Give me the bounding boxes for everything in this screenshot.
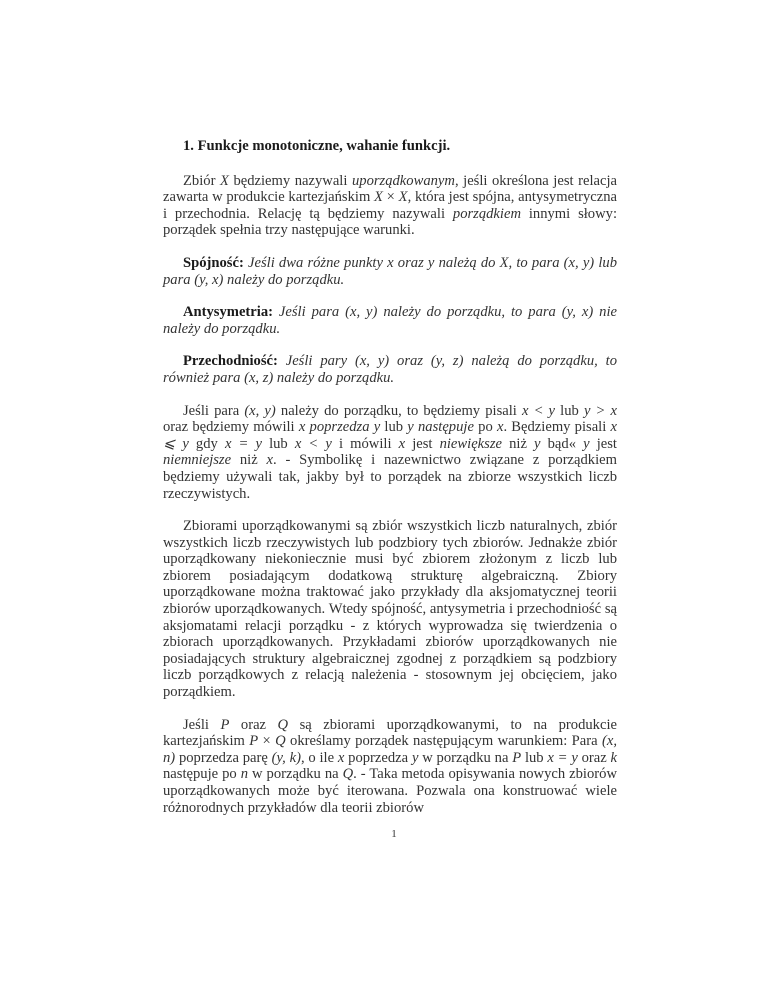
emphasis-term: następuje	[414, 419, 474, 435]
page-number: 1	[389, 828, 399, 840]
text: w porządku na	[248, 766, 343, 782]
text: należy do porządku, to będziemy pisali	[276, 403, 522, 419]
math-expr: (y, k)	[272, 750, 301, 766]
axiom-antysymetria: Antysymetria: Jeśli para (x, y) należy d…	[163, 304, 617, 337]
text: poprzedza	[344, 750, 412, 766]
math-symbol: Q	[343, 766, 354, 782]
axiom-label: Przechodniość:	[183, 353, 278, 369]
math-symbol: Q	[275, 733, 286, 749]
text: Jeśli para	[183, 403, 244, 419]
emphasis-term: niemniejsze	[163, 452, 231, 468]
text: oraz	[578, 750, 611, 766]
math-symbol: n	[241, 766, 248, 782]
text: po	[474, 419, 497, 435]
emphasis-term: uporządkowanym	[352, 173, 455, 189]
emphasis-term: porządkiem	[453, 206, 521, 222]
math-expr: x < y	[295, 436, 332, 452]
emphasis-term: niewiększe	[440, 436, 502, 452]
page-content: 1. Funkcje monotoniczne, wahanie funkcji…	[163, 138, 617, 832]
math-symbol: P	[249, 733, 258, 749]
text: lub	[380, 419, 407, 435]
text: oraz będziemy mówili	[163, 419, 299, 435]
math-symbol: X	[399, 189, 408, 205]
text: w porządku na	[418, 750, 512, 766]
axiom-label: Antysymetria:	[183, 304, 273, 320]
text: oraz	[229, 717, 277, 733]
text: gdy	[189, 436, 225, 452]
text: , o ile	[301, 750, 338, 766]
text: jest	[590, 436, 617, 452]
paragraph-notation: Jeśli para (x, y) należy do porządku, to…	[163, 403, 617, 503]
paragraph-ordered-set-definition: Zbiór X będziemy nazywali uporządkowanym…	[163, 173, 617, 239]
text: jest	[405, 436, 439, 452]
axiom-przechodniosc: Przechodniość: Jeśli pary (x, y) oraz (y…	[163, 353, 617, 386]
emphasis-term: poprzedza	[305, 419, 373, 435]
text: określamy porządek następującym warunkie…	[286, 733, 602, 749]
math-symbol: P	[512, 750, 521, 766]
text: lub	[555, 403, 584, 419]
section-title: 1. Funkcje monotoniczne, wahanie funkcji…	[163, 138, 617, 155]
text: poprzedza parę	[175, 750, 271, 766]
axiom-label: Spójność:	[183, 255, 244, 271]
text: Zbiór	[183, 173, 220, 189]
text: i mówili	[332, 436, 399, 452]
text: następuje po	[163, 766, 241, 782]
math-symbol: Q	[278, 717, 289, 733]
math-expr: y > x	[584, 403, 617, 419]
text: niż	[502, 436, 534, 452]
math-operator: ×	[383, 189, 399, 205]
paragraph-examples: Zbiorami uporządkowanymi są zbiór wszyst…	[163, 518, 617, 701]
document-page: 1. Funkcje monotoniczne, wahanie funkcji…	[0, 0, 768, 994]
math-expr: x < y	[522, 403, 555, 419]
math-symbol: X	[220, 173, 229, 189]
axiom-spojnosc: Spójność: Jeśli dwa różne punkty x oraz …	[163, 255, 617, 288]
math-symbol: k	[611, 750, 617, 766]
text: lub	[262, 436, 295, 452]
text: niż	[231, 452, 266, 468]
paragraph-product-order: Jeśli P oraz Q są zbiorami uporządkowany…	[163, 717, 617, 817]
text: będziemy nazywali	[229, 173, 352, 189]
math-symbol: X	[374, 189, 383, 205]
text: . Będziemy pisali	[503, 419, 610, 435]
text: Jeśli	[183, 717, 220, 733]
math-expr: x = y	[547, 750, 577, 766]
math-expr: (x, y)	[244, 403, 275, 419]
math-operator: ×	[258, 733, 275, 749]
text: bąd«	[541, 436, 584, 452]
math-expr: x = y	[225, 436, 262, 452]
text: lub	[521, 750, 547, 766]
